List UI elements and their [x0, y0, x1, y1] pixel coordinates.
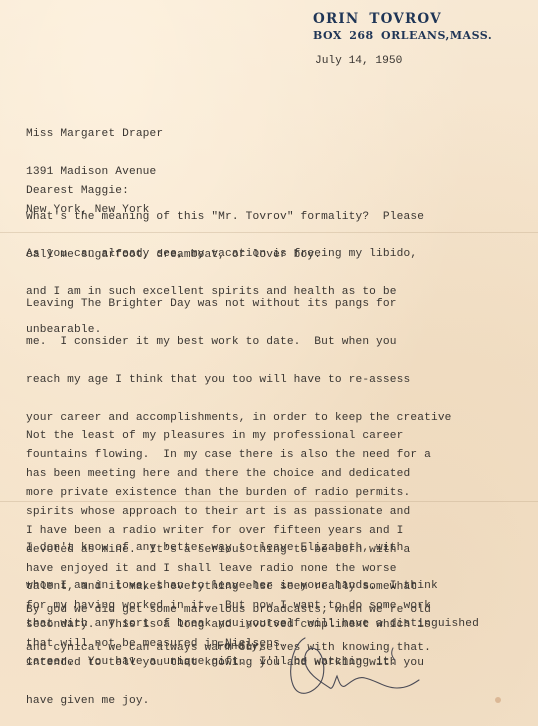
text-line: By god we did get some marvelous broadca… [26, 604, 431, 617]
letterhead: ORIN TOVROV BOX 268 ORLEANS,MASS. [313, 11, 492, 42]
text-line: me. I consider it my best work to date. … [26, 336, 452, 349]
letterhead-name: ORIN TOVROV [313, 11, 492, 27]
address-line: Miss Margaret Draper [26, 128, 163, 141]
text-line: reach my age I think that you too will h… [26, 374, 452, 387]
closing: Fondly, [217, 616, 265, 666]
text-line: What's the meaning of this "Mr. Tovrov" … [26, 211, 424, 224]
closing-text: Fondly, [217, 641, 265, 654]
text-line: has been meeting here and there the choi… [26, 468, 431, 481]
paper-stain [495, 697, 501, 703]
letter-date: July 14, 1950 [315, 55, 402, 67]
text-line: I don't know of any better way to leave … [26, 542, 479, 555]
signature-icon [285, 630, 445, 710]
letterhead-address: BOX 268 ORLEANS,MASS. [313, 29, 492, 42]
text-line: Not the least of my pleasures in my prof… [26, 430, 431, 443]
text-line: Leaving The Brighter Day was not without… [26, 298, 452, 311]
text-line: As you can already see, my vacation is f… [26, 248, 417, 261]
